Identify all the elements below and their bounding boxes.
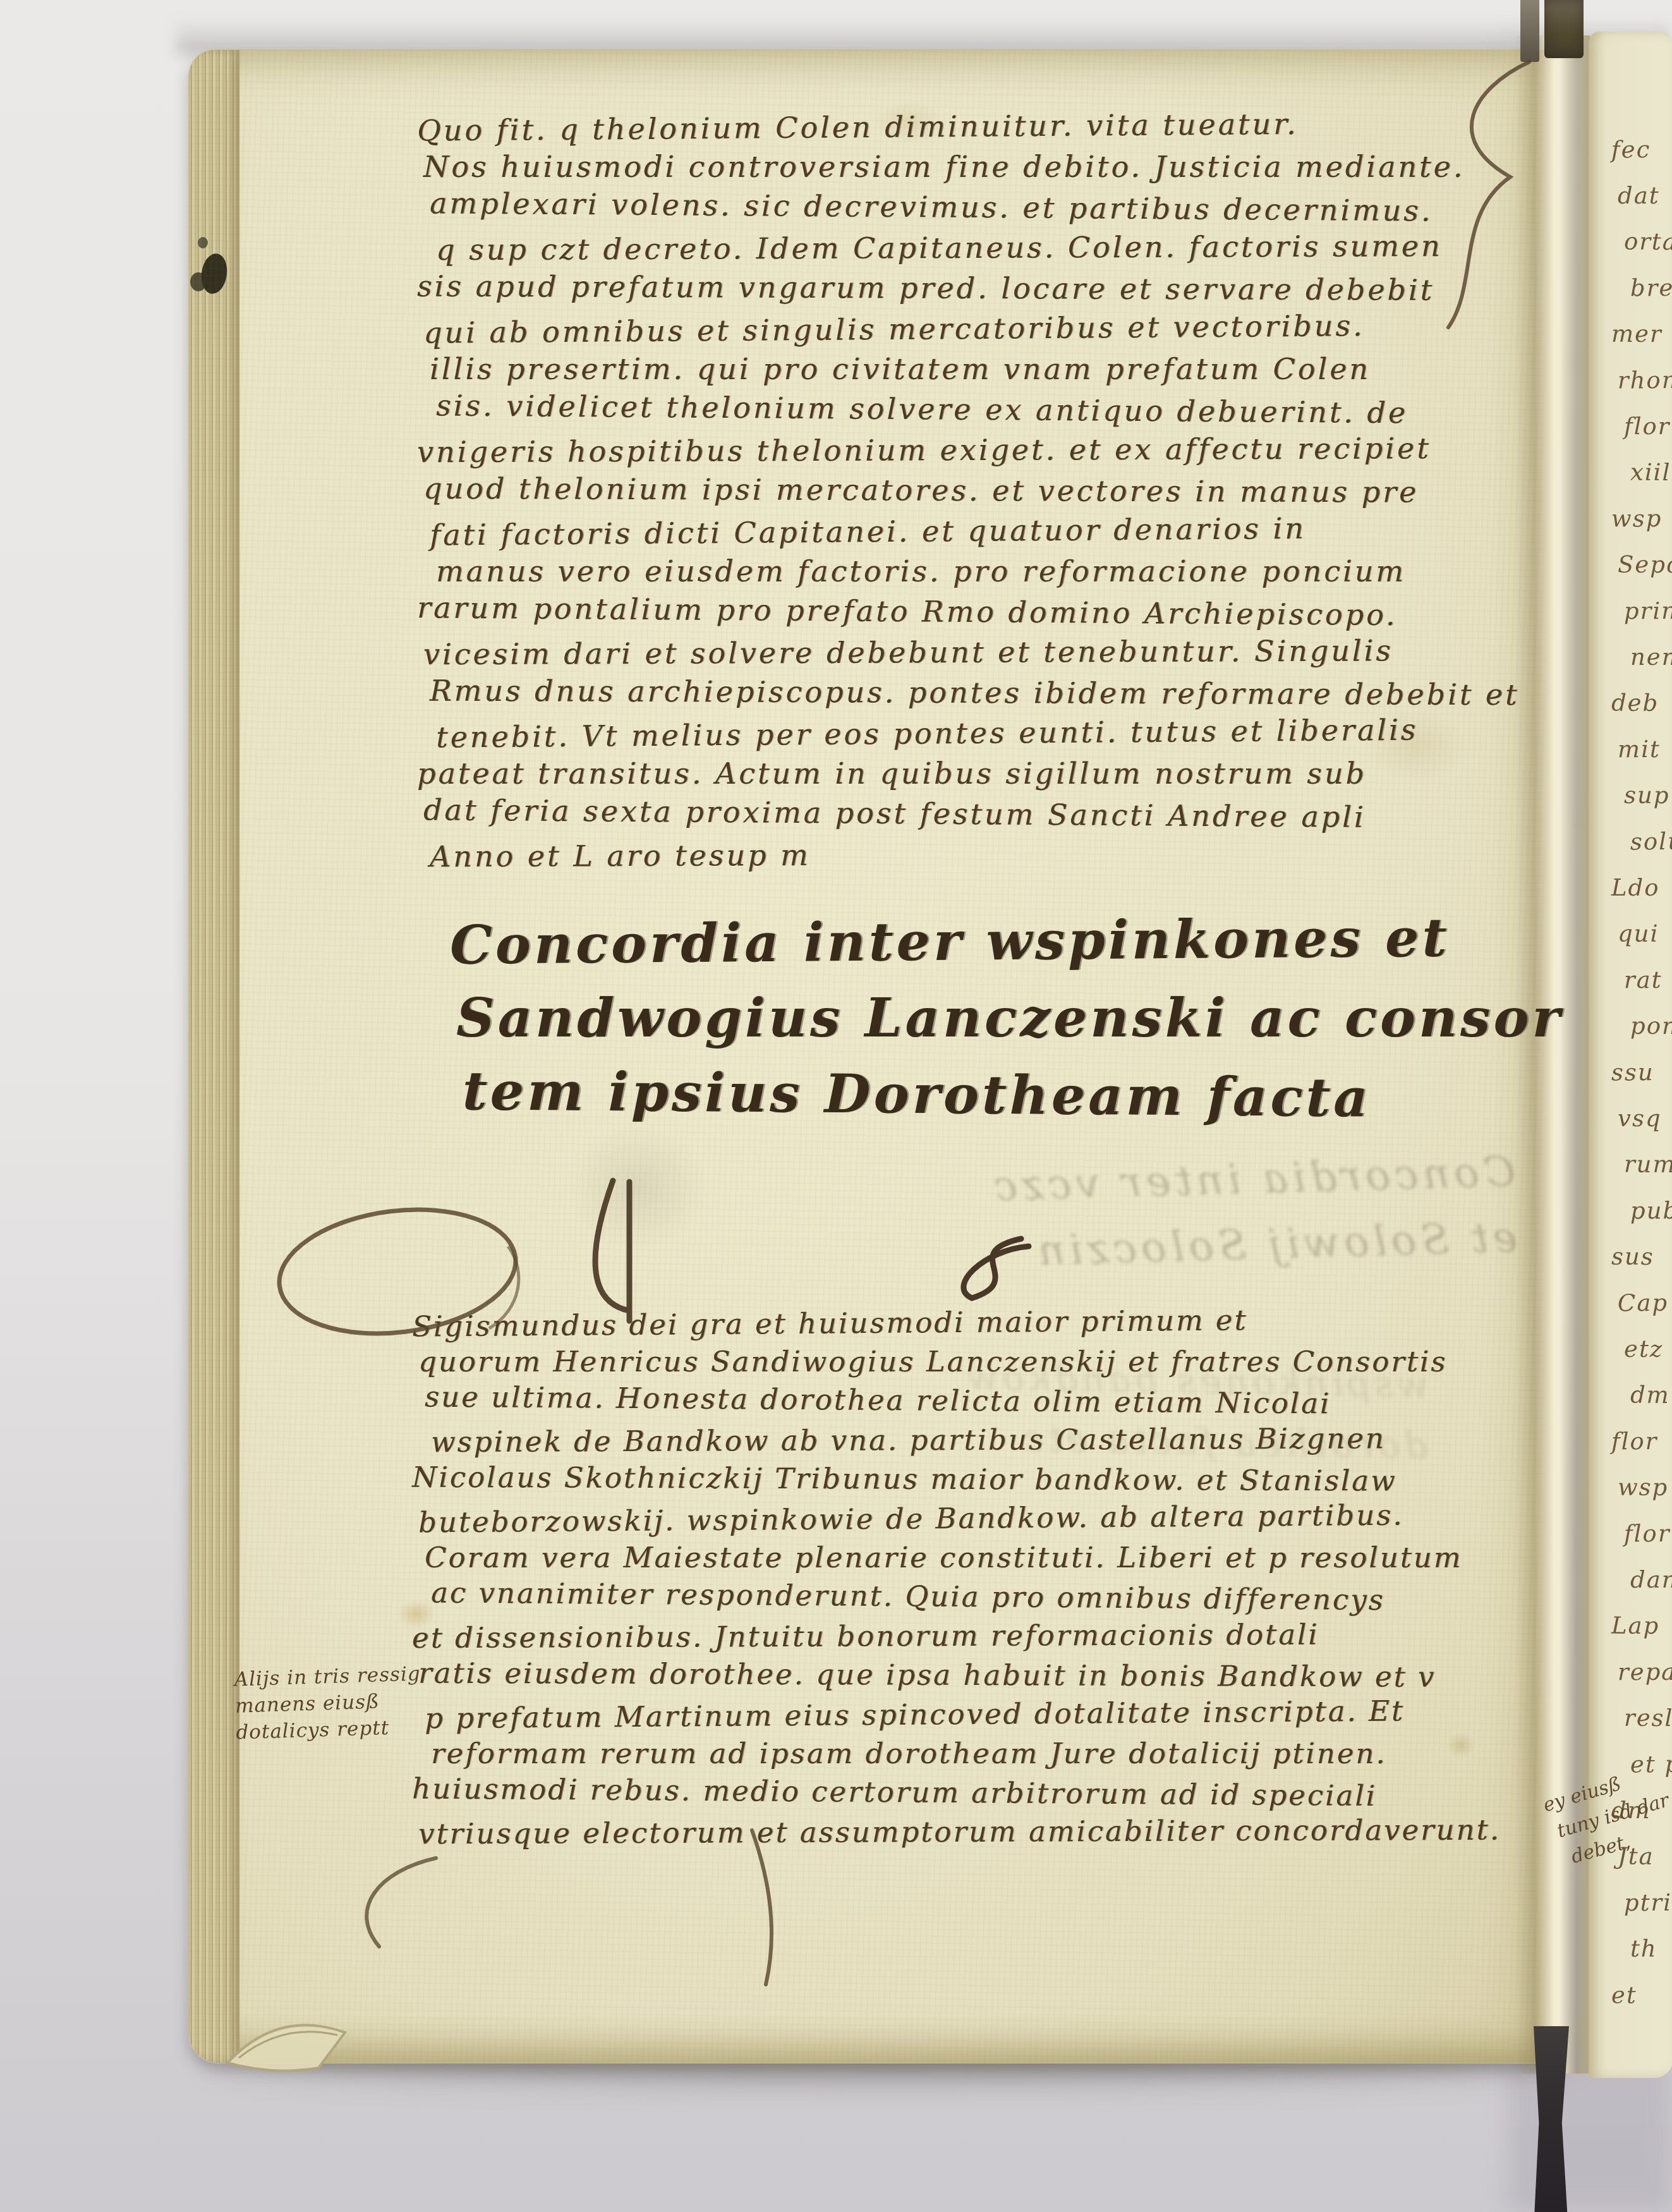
facing-page-line-fragment: prin	[1624, 588, 1672, 635]
facing-page-line-fragment: resl	[1624, 1695, 1672, 1741]
facing-page-line-fragment: wsp	[1618, 1464, 1672, 1511]
manuscript-line: reformam rerum ad ipsam dorotheam Jure d…	[431, 1734, 1501, 1773]
facing-page-line-fragment: flor	[1611, 1418, 1672, 1465]
facing-page-line-fragment: ptring	[1624, 1880, 1672, 1926]
manuscript-line: quod thelonium ipsi mercatores. et vecto…	[423, 468, 1520, 513]
ink-stain	[199, 252, 230, 296]
manuscript-line: sis apud prefatum vngarum pred. locare e…	[417, 266, 1520, 311]
manuscript-line: buteborzowskij. wspinkowie de Bandkow. a…	[418, 1495, 1501, 1542]
paragraph-bottom: Sigismundus dei gra et huiusmodi maior p…	[412, 1303, 1501, 1852]
facing-page-line-fragment: brea	[1630, 265, 1672, 311]
binding-strap	[1520, 0, 1539, 62]
manuscript-line: ac vnanimiter responderunt. Quia pro omn…	[431, 1574, 1501, 1621]
facing-page-line-fragment: et	[1611, 1971, 1672, 2018]
facing-page-line-fragment: sus	[1611, 1234, 1672, 1280]
manuscript-line: et dissensionibus. Jntuitu bonorum refor…	[412, 1615, 1501, 1658]
facing-page-line-fragment: dat	[1618, 173, 1672, 219]
manuscript-line: p prefatum Martinum eius spincoved dotal…	[425, 1691, 1501, 1738]
manuscript-line: wspinek de Bandkow ab vna. partibus Cast…	[431, 1419, 1501, 1462]
facing-page-line-fragment: mit	[1618, 726, 1672, 773]
manuscript-line: fati factoris dicti Capitanei. et quatuo…	[430, 506, 1520, 555]
facing-page-line-fragment: rhon	[1618, 356, 1672, 403]
manuscript-line: Nos huiusmodi controversiam fine debito.…	[423, 147, 1520, 187]
facing-page-line-fragment: wsp	[1611, 495, 1672, 542]
manuscript-line: rarum pontalium pro prefato Rmo domino A…	[417, 587, 1520, 636]
manuscript-line: huiusmodi rebus. medio certorum arbitror…	[412, 1769, 1501, 1816]
binding-strap	[1544, 0, 1584, 58]
pen-flourish-oval-doodle	[268, 1183, 533, 1360]
facing-page-line-fragment: Sepo	[1618, 542, 1672, 588]
section-heading: Concordia inter wspinkones etSandwogius …	[450, 902, 1563, 1134]
manuscript-line: vnigeris hospitibus thelonium exiget. et…	[417, 428, 1520, 473]
manuscript-line: Nicolaus Skothniczkij Tribunus maior ban…	[412, 1458, 1501, 1502]
manuscript-scan: fecdatortabreamerrhonflorxiilwspSepoprin…	[0, 0, 1672, 2212]
manuscript-line: sis. videlicet thelonium solvere ex anti…	[436, 385, 1520, 434]
manuscript-line: Rmus dnus archiepiscopus. pontes ibidem …	[430, 671, 1520, 715]
manuscript-line: dat feria sexta proxima post festum Sanc…	[423, 789, 1520, 838]
manuscript-line: Quo fit. q thelonium Colen diminuitur. v…	[417, 102, 1520, 150]
pen-flourish-margin-curl	[1434, 57, 1542, 335]
manuscript-line: Coram vera Maiestate plenarie constituti…	[425, 1538, 1501, 1577]
manuscript-line: qui ab omnibus et singulis mercatoribus …	[423, 304, 1520, 353]
manuscript-line: tenebit. Vt melius per eos pontes eunti.…	[436, 708, 1520, 757]
facing-page-line-fragment: pon	[1630, 1003, 1672, 1049]
facing-page-text-column: fecdatortabreamerrhonflorxiilwspSepoprin…	[1611, 126, 1672, 2018]
ink-stain	[190, 272, 207, 291]
manuscript-line: manus vero eiusdem factoris. pro reforma…	[436, 551, 1520, 592]
facing-page-line-fragment: flor	[1624, 1510, 1672, 1557]
facing-page-line-fragment: ssu	[1611, 1048, 1672, 1095]
manuscript-line: sue ultima. Honesta dorothea relicta oli…	[425, 1377, 1501, 1425]
facing-page-line-fragment: dan	[1630, 1557, 1672, 1603]
facing-page-line-fragment: deb	[1611, 679, 1672, 726]
page-corner-fold	[220, 1969, 353, 2077]
ink-bleedthrough: Concordia inter vczcet Solowij Soloczin	[617, 1139, 1518, 1296]
heading-line: Concordia inter wspinkones et	[450, 898, 1564, 984]
manuscript-line: vicesim dari et solvere debebunt et tene…	[423, 630, 1520, 675]
heading-line: tem ipsius Dorotheam facta	[463, 1052, 1564, 1138]
pen-flourish-descender	[733, 1826, 809, 1991]
facing-page-line-fragment: nem	[1630, 634, 1672, 680]
pen-flourish-descender	[341, 1852, 442, 1953]
facing-page-line-fragment: Lap	[1611, 1602, 1672, 1649]
paragraph-top: Quo fit. q thelonium Colen diminuitur. v…	[417, 106, 1520, 875]
facing-page-line-fragment: flor	[1624, 403, 1672, 449]
facing-page-line-fragment: qui	[1618, 910, 1672, 957]
manuscript-line: ratis eiusdem dorothee. que ipsa habuit …	[418, 1654, 1501, 1698]
facing-page-line-fragment: Ldo	[1611, 865, 1672, 911]
facing-page-line-fragment: etz	[1624, 1326, 1672, 1372]
heading-line: Sandwogius Lanczenski ac consor	[456, 980, 1563, 1057]
facing-page-line-fragment: th	[1630, 1926, 1672, 1972]
facing-page-line-fragment: vsq	[1618, 1095, 1672, 1141]
manuscript-line: q sup czt decreto. Idem Capitaneus. Cole…	[436, 226, 1520, 270]
manuscript-line: illis presertim. qui pro civitatem vnam …	[430, 349, 1520, 389]
facing-page-line-fragment: Cap	[1618, 1279, 1672, 1326]
manuscript-line: vtriusque electorum et assumptorum amica…	[418, 1811, 1501, 1854]
facing-page-line-fragment: dm	[1630, 1372, 1672, 1419]
facing-page-line-fragment: fec	[1611, 126, 1672, 173]
ink-stain	[198, 237, 208, 248]
manuscript-line: Anno et L aro tesup m	[430, 832, 1520, 877]
facing-page-line-fragment: sup	[1624, 772, 1672, 818]
facing-page-line-fragment: repar	[1618, 1649, 1672, 1696]
manuscript-line: pateat transitus. Actum in quibus sigill…	[417, 753, 1520, 794]
facing-page-line-fragment: mer	[1611, 311, 1672, 358]
facing-page-line-fragment: xiil	[1630, 449, 1672, 496]
facing-page-line-fragment: pub	[1630, 1188, 1672, 1234]
facing-page-line-fragment: rum	[1624, 1141, 1672, 1188]
facing-page-line-fragment: rat	[1624, 957, 1672, 1003]
manuscript-line: amplexari volens. sic decrevimus. et par…	[430, 183, 1520, 231]
facing-page-line-fragment: orta	[1624, 219, 1672, 265]
manuscript-line: quorum Henricus Sandiwogius Lanczenskij …	[418, 1342, 1501, 1382]
margin-note-left: Alijs in tris ressigmanens eiusßdotalicy…	[234, 1660, 423, 1746]
page-fore-edge	[189, 50, 239, 2063]
pen-flourish-figure-eight	[945, 1231, 1040, 1313]
facing-page-line-fragment: solu	[1630, 818, 1672, 865]
pen-flourish-check-mark	[569, 1176, 695, 1334]
